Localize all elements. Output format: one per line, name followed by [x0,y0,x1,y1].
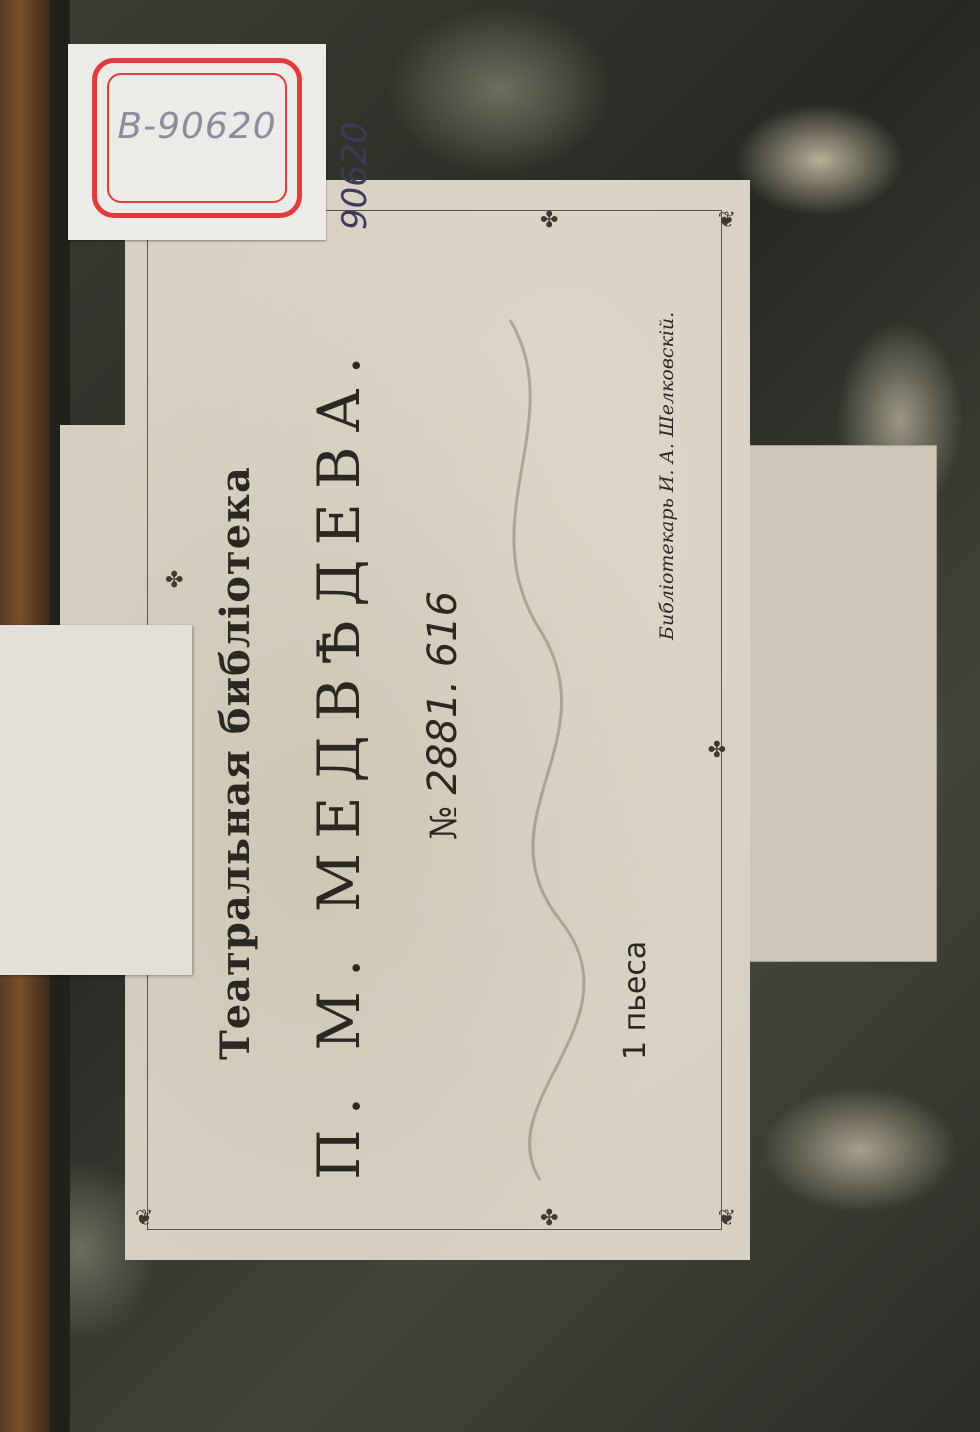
paper-flap [0,625,192,975]
plays-count: 1 пьеса [618,941,653,1060]
pencil-scribble [450,300,620,1200]
ornament-icon: ✤ [540,1208,558,1230]
ornament-icon: ❦ [718,210,736,232]
ornament-icon: ❦ [718,1208,736,1230]
ornament-icon: ✤ [540,210,558,232]
paper-patch-right [745,445,937,962]
ornament-icon: ✤ [165,570,183,592]
librarian-line: Библіотекарь И. А. Шелковскій. [656,312,678,640]
corner-handwritten-note: 90620 [335,122,375,230]
shelfmark-sticker: В-90620 [68,44,326,240]
owner-name: П. М. МЕДВѢДЕВА. [305,342,373,1180]
shelfmark-number: В-90620 [68,106,326,147]
library-heading: Театральная библіотека [212,466,259,1060]
ornament-icon: ❦ [135,1208,153,1230]
ornament-icon: ✤ [708,740,726,762]
